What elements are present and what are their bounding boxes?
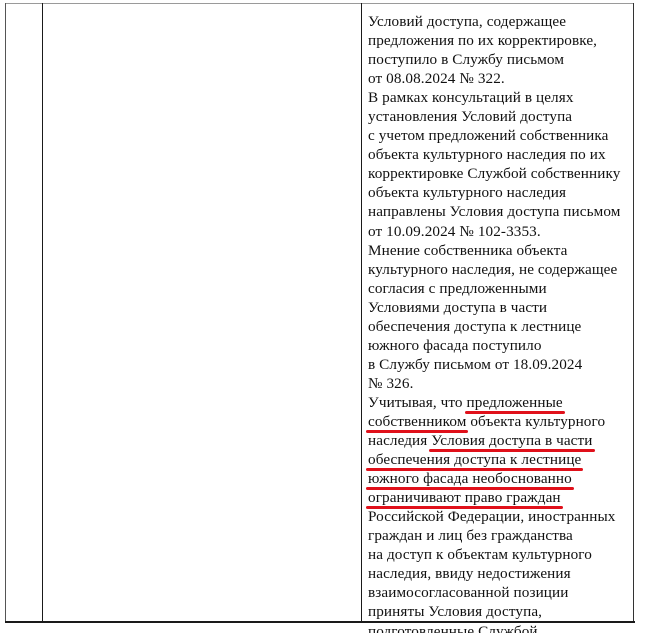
- text-line: собственником объекта культурного: [368, 412, 634, 431]
- text-line: согласия с предложенными: [368, 279, 634, 298]
- text-line: граждан и лиц без гражданства: [368, 526, 634, 545]
- table-left-border: [5, 3, 6, 622]
- text-line: В рамках консультаций в целях: [368, 88, 634, 107]
- text-line: направлены Условия доступа письмом: [368, 202, 634, 221]
- text-line: наследия, ввиду недостижения: [368, 564, 634, 583]
- text-fragment: Учитывая, что: [368, 394, 467, 411]
- table-cell-description: Условий доступа, содержащеепредложения п…: [368, 12, 634, 633]
- text-line: Мнение собственника объекта: [368, 241, 634, 260]
- text-line: Условий доступа, содержащее: [368, 12, 634, 31]
- highlighted-underline-text: собственником: [368, 413, 466, 430]
- highlighted-underline-text: ограничивают право граждан: [368, 489, 561, 506]
- highlighted-underline-text: обеспечения доступа к лестнице: [368, 451, 581, 468]
- column-divider-2: [361, 3, 362, 622]
- text-line: № 326.: [368, 374, 634, 393]
- text-line: поступило в Службу письмом: [368, 50, 634, 69]
- text-line: в Службу письмом от 18.09.2024: [368, 355, 634, 374]
- text-line: предложения по их корректировке,: [368, 31, 634, 50]
- highlighted-underline-text: Условия доступа в части: [431, 432, 592, 449]
- text-line: обеспечения доступа к лестнице: [368, 450, 634, 469]
- text-line: подготовленные Службой.: [368, 622, 634, 633]
- highlighted-underline-text: южного фасада необоснованно: [368, 470, 572, 487]
- text-line: объекта культурного наследия по их: [368, 145, 634, 164]
- text-line: культурного наследия, не содержащее: [368, 260, 634, 279]
- text-line: на доступ к объектам культурного: [368, 545, 634, 564]
- text-line: наследия Условия доступа в части: [368, 431, 634, 450]
- text-line: установления Условий доступа: [368, 107, 634, 126]
- text-line: от 08.08.2024 № 322.: [368, 69, 634, 88]
- text-line: Условиями доступа в части: [368, 298, 634, 317]
- text-line: корректировке Службой собственнику: [368, 164, 634, 183]
- text-line: приняты Условия доступа,: [368, 602, 634, 621]
- text-line: Российской Федерации, иностранных: [368, 507, 634, 526]
- text-line: с учетом предложений собственника: [368, 126, 634, 145]
- text-line: ограничивают право граждан: [368, 488, 634, 507]
- highlighted-underline-text: предложенные: [467, 394, 563, 411]
- table-top-border: [5, 3, 634, 4]
- text-line: взаимосогласованной позиции: [368, 583, 634, 602]
- text-line: от 10.09.2024 № 102-3353.: [368, 222, 634, 241]
- column-divider-1: [42, 3, 43, 622]
- text-line: южного фасада необоснованно: [368, 469, 634, 488]
- text-line: объекта культурного наследия: [368, 183, 634, 202]
- text-fragment: объекта культурного: [466, 413, 605, 430]
- text-line: Учитывая, что предложенные: [368, 393, 634, 412]
- text-line: обеспечения доступа к лестнице: [368, 317, 634, 336]
- text-fragment: наследия: [368, 432, 431, 449]
- text-line: южного фасада поступило: [368, 336, 634, 355]
